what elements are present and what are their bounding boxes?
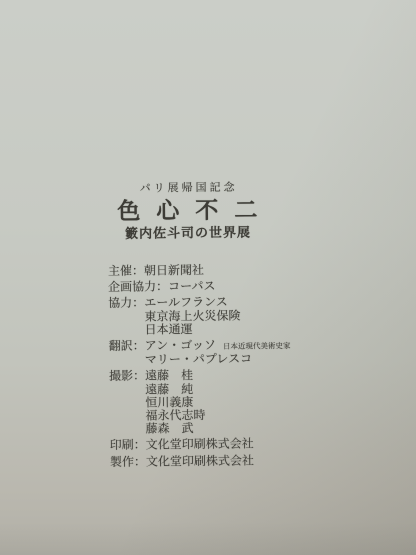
credit-line: 朝日新聞社 <box>144 264 204 278</box>
credit-line: 文化堂印刷株式会社 <box>146 438 254 452</box>
credit-values: コーパス <box>168 280 216 294</box>
exhibition-title: 色心不二 <box>0 195 375 227</box>
credit-values: 文化堂印刷株式会社 <box>146 454 254 468</box>
credit-row-production: 製作： 文化堂印刷株式会社 <box>110 454 292 469</box>
credit-label: 製作： <box>110 455 146 469</box>
credit-label: 印刷： <box>110 439 146 453</box>
exhibition-occasion: パリ展帰国記念 <box>0 179 375 196</box>
credit-line: 藤森 武 <box>146 422 206 436</box>
credit-row-translation: 翻訳： アン・ゴッソ日本近現代美術史家 マリー・パプレスコ <box>109 338 291 367</box>
credit-values: アン・ゴッソ日本近現代美術史家 マリー・パプレスコ <box>145 338 291 367</box>
credit-row-photography: 撮影： 遠藤 桂 遠藤 純 恒川義康 福永代志時 藤森 武 <box>109 369 291 437</box>
credit-row-printing: 印刷： 文化堂印刷株式会社 <box>110 438 292 453</box>
credits-block: 主催： 朝日新聞社 企画協力： コーパス 協力： エールフランス 東京海上火災保… <box>108 263 292 472</box>
translator-name: アン・ゴッソ <box>145 338 216 353</box>
credit-row-organizer: 主催： 朝日新聞社 <box>108 263 290 278</box>
book-page: パリ展帰国記念 色心不二 籔内佐斗司の世界展 主催： 朝日新聞社 企画協力： コ… <box>0 0 416 555</box>
credit-line: 遠藤 桂 <box>145 369 205 383</box>
credit-label: 翻訳： <box>109 340 145 354</box>
credit-values: 朝日新聞社 <box>144 264 204 278</box>
credit-line: コーパス <box>168 280 216 294</box>
credit-line: マリー・パプレスコ <box>145 352 291 367</box>
credit-label: 協力： <box>108 297 144 311</box>
credit-values: 文化堂印刷株式会社 <box>146 438 254 452</box>
credit-row-planning: 企画協力： コーパス <box>108 279 290 294</box>
credit-values: 遠藤 桂 遠藤 純 恒川義康 福永代志時 藤森 武 <box>145 369 206 436</box>
credit-label: 企画協力： <box>108 281 168 295</box>
credit-line: 文化堂印刷株式会社 <box>146 454 254 468</box>
credit-label: 主催： <box>108 265 144 279</box>
page-content: パリ展帰国記念 色心不二 籔内佐斗司の世界展 主催： 朝日新聞社 企画協力： コ… <box>0 0 416 555</box>
title-block: パリ展帰国記念 色心不二 籔内佐斗司の世界展 <box>0 179 376 244</box>
exhibition-subtitle: 籔内佐斗司の世界展 <box>0 224 376 244</box>
credit-line: 日本通運 <box>144 322 240 336</box>
credit-label: 撮影： <box>109 370 145 384</box>
credit-values: エールフランス 東京海上火災保険 日本通運 <box>144 296 240 337</box>
translator-note: 日本近現代美術史家 <box>223 341 291 351</box>
credit-row-cooperation: 協力： エールフランス 東京海上火災保険 日本通運 <box>108 296 290 338</box>
